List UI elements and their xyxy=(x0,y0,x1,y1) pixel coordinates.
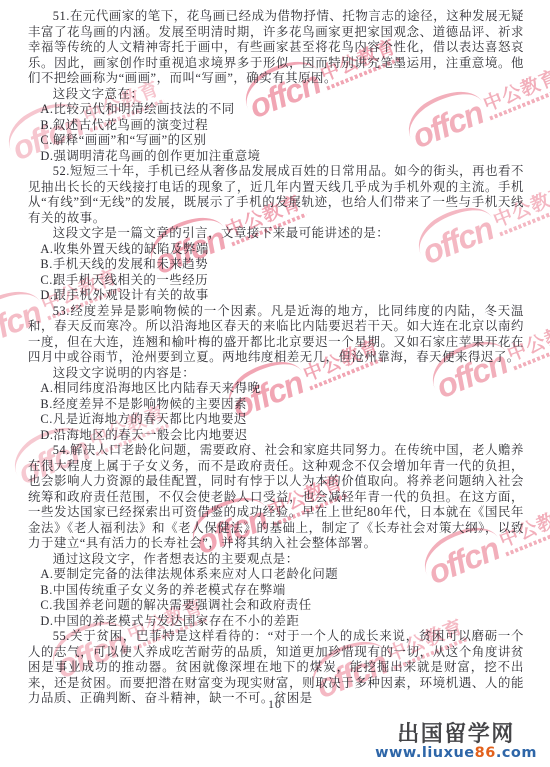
question-51-number: 51. xyxy=(53,9,70,23)
question-54-option-b: B.中国传统重子女义务的养老模式存在弊端 xyxy=(28,583,524,599)
question-51-prompt: 这段文字意在： xyxy=(28,87,524,103)
question-53-option-d: D.沿海地区的春天一般会比内地要迟 xyxy=(28,428,524,444)
site-url-number: 86 xyxy=(475,745,496,761)
question-52-option-d: D.跟手机外观设计有关的故事 xyxy=(28,288,524,304)
question-52-number: 52. xyxy=(53,164,70,178)
question-51-stem: 51.在元代画家的笔下，花鸟画已经成为借物抒情、托物言志的途径，这种发展无疑丰富… xyxy=(28,9,524,87)
question-54-number: 54. xyxy=(53,443,70,457)
question-55-number: 55. xyxy=(53,629,70,643)
question-51-option-b: B.叙述古代花鸟画的演变过程 xyxy=(28,118,524,134)
question-52: 52.短短三十年，手机已经从奢侈品发展成百姓的日常用品。如今的街头，再也看不见抽… xyxy=(28,164,524,304)
question-52-option-a: A.收集外置天线的缺陷及弊端 xyxy=(28,242,524,258)
question-53-option-c: C.凡是近海地方的春天都比内地要迟 xyxy=(28,412,524,428)
question-51-option-c: C.解释“画画”和“写画”的区别 xyxy=(28,133,524,149)
question-53-stem: 53.经度差异是影响物候的一个因素。凡是近海的地方，比同纬度的内陆，冬天温和，春… xyxy=(28,304,524,366)
question-54-option-a: A.要制定完备的法律法规体系来应对人口老龄化问题 xyxy=(28,567,524,583)
question-55-stem: 55.关于贫困，巴菲特是这样看待的：“对于一个人的成长来说，贫困可以磨砺一个人的… xyxy=(28,629,524,707)
question-53-option-b: B.经度差异不是影响物候的主要因素 xyxy=(28,397,524,413)
page-number: 10 xyxy=(0,697,550,712)
question-55: 55.关于贫困，巴菲特是这样看待的：“对于一个人的成长来说，贫困可以磨砺一个人的… xyxy=(28,629,524,707)
question-54-stem: 54.解决人口老龄化问题，需要政府、社会和家庭共同努力。在传统中国，老人赡养在很… xyxy=(28,443,524,552)
question-54-prompt: 通过这段文字，作者想表达的主要观点是： xyxy=(28,552,524,568)
document-page: offcn中公教育 offcn中公教育 offcn中公教育 offcn中公教育 … xyxy=(0,0,550,767)
question-52-option-b: B.手机天线的发展和未来趋势 xyxy=(28,257,524,273)
question-51-option-a: A.比较元代和明清绘画技法的不同 xyxy=(28,102,524,118)
question-52-prompt: 这段文字是一篇文章的引言，文章接下来最可能讲述的是： xyxy=(28,226,524,242)
site-name-text: 出国留学网 xyxy=(375,723,537,746)
question-52-stem: 52.短短三十年，手机已经从奢侈品发展成百姓的日常用品。如今的街头，再也看不见抽… xyxy=(28,164,524,226)
question-52-option-c: C.跟手机天线相关的一些经历 xyxy=(28,273,524,289)
site-logo: 出国留学网 www.liuxue86.com xyxy=(375,723,537,761)
exam-text-block: 51.在元代画家的笔下，花鸟画已经成为借物抒情、托物言志的途径，这种发展无疑丰富… xyxy=(28,9,524,707)
question-53-option-a: A.相同纬度沿海地区比内陆春天来得晚 xyxy=(28,381,524,397)
question-54: 54.解决人口老龄化问题，需要政府、社会和家庭共同努力。在传统中国，老人赡养在很… xyxy=(28,443,524,629)
question-53-number: 53. xyxy=(53,304,70,318)
question-51: 51.在元代画家的笔下，花鸟画已经成为借物抒情、托物言志的途径，这种发展无疑丰富… xyxy=(28,9,524,164)
question-53-prompt: 这段文字说明的内容是： xyxy=(28,366,524,382)
question-54-option-d: D.中国的养老模式与发达国家存在不小的差距 xyxy=(28,614,524,630)
question-51-option-d: D.强调明清花鸟画的创作更加注重意境 xyxy=(28,149,524,165)
question-54-option-c: C.我国养老问题的解决需要强调社会和政府责任 xyxy=(28,598,524,614)
question-53: 53.经度差异是影响物候的一个因素。凡是近海的地方，比同纬度的内陆，冬天温和，春… xyxy=(28,304,524,444)
site-url-text: www.liuxue86.com xyxy=(375,746,537,761)
